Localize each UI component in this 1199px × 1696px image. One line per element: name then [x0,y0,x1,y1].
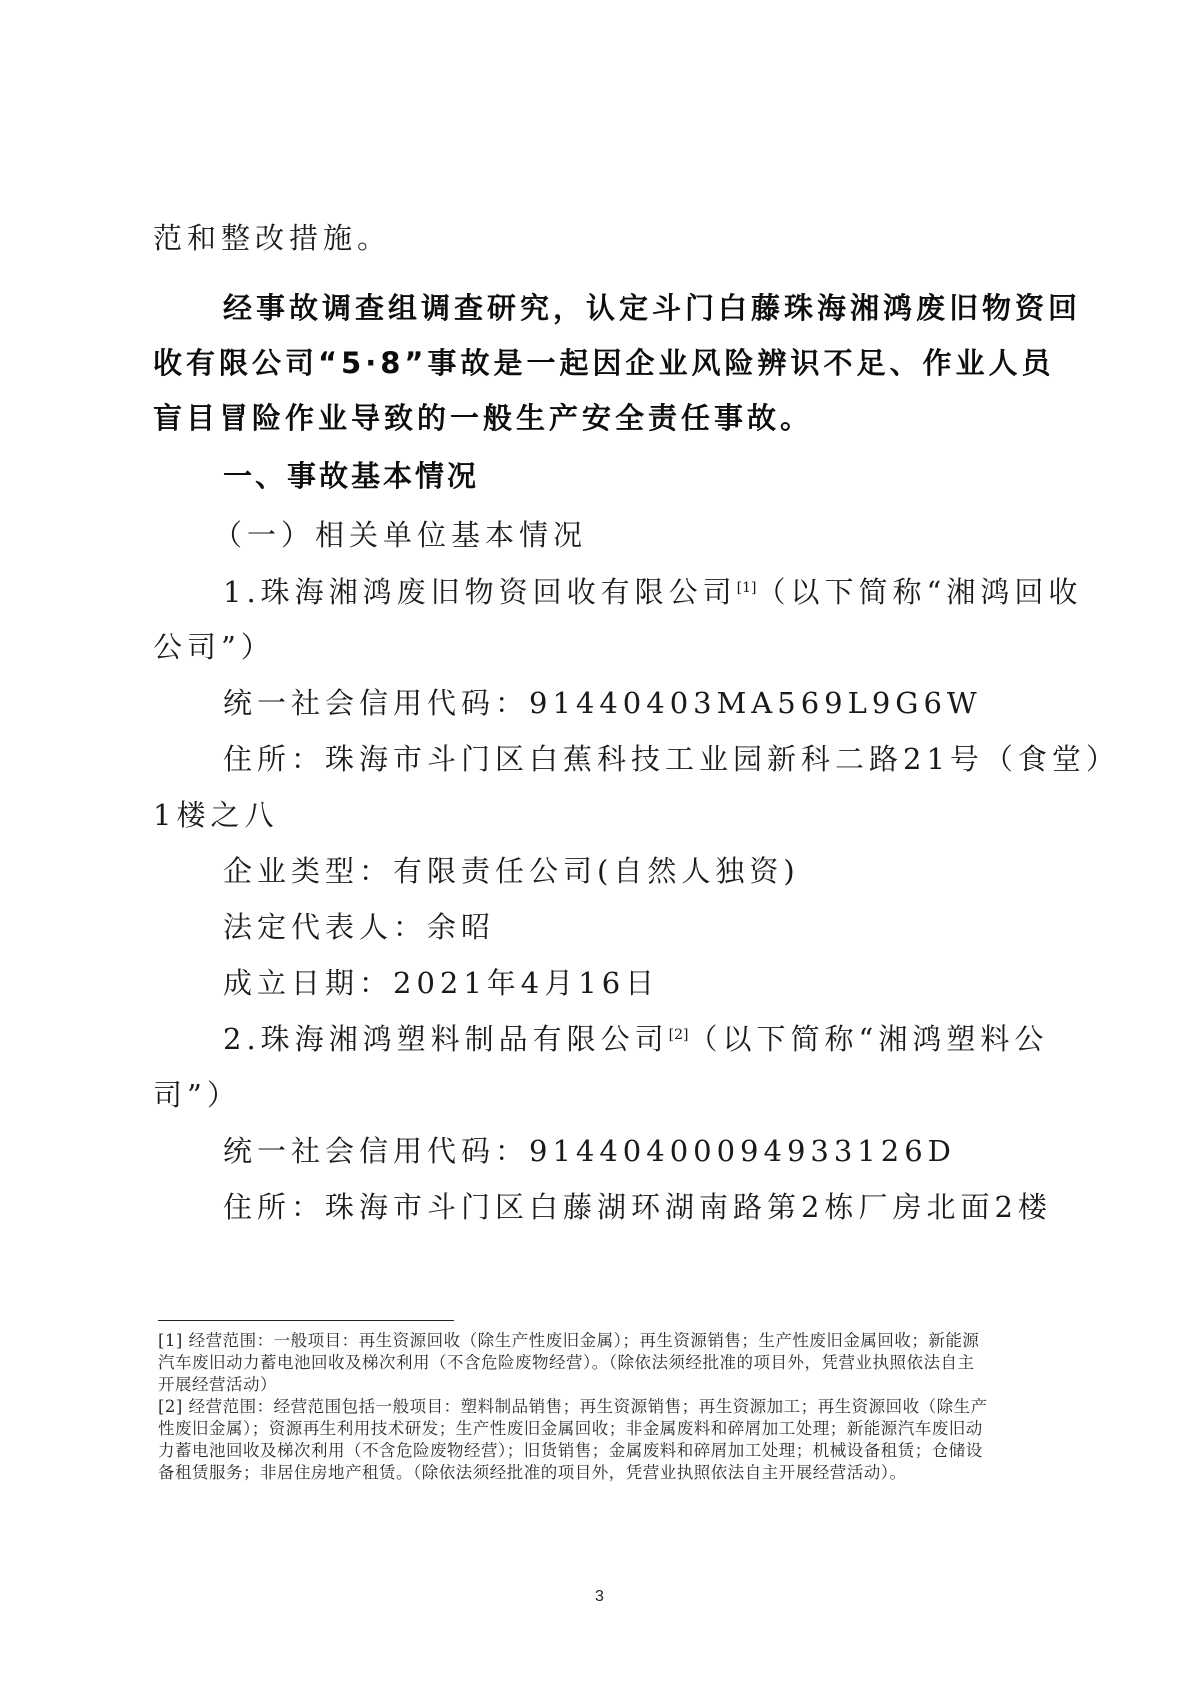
conclusion-line-1: 经事故调查组调查研究，认定斗门白藤珠海湘鸿废旧物资回 [223,288,1123,328]
conclusion-line-2: 收有限公司“5·8”事故是一起因企业风险辨识不足、作业人员 [153,343,1053,383]
conclusion-line-3: 盲目冒险作业导致的一般生产安全责任事故。 [153,398,1053,438]
company2-title: 2.珠海湘鸿塑料制品有限公司[2]（以下简称“湘鸿塑料公 [223,1019,1123,1059]
footnote-ref-1[interactable]: [1] [737,580,757,596]
footnote-2-line-1: [2] 经营范围：经营范围包括一般项目：塑料制品销售；再生资源销售；再生资源加工… [158,1396,1048,1418]
subsection-heading: （一）相关单位基本情况 [213,515,1113,555]
company2-title-prefix: 2.珠海湘鸿塑料制品有限公司 [223,1022,669,1056]
company1-title-prefix: 1.珠海湘鸿废旧物资回收有限公司 [223,575,737,609]
company1-address-line-1: 住所：珠海市斗门区白蕉科技工业园新科二路21号（食堂） [223,739,1123,779]
company1-type: 企业类型：有限责任公司(自然人独资) [223,851,1123,891]
company2-address-line-1: 住所：珠海市斗门区白藤湖环湖南路第2栋厂房北面2楼 [223,1187,1123,1227]
footnote-separator [158,1320,454,1321]
footnote-1-line-2: 汽车废旧动力蓄电池回收及梯次利用（不含危险废物经营）。（除依法须经批准的项目外，… [158,1352,1048,1374]
company1-address-line-2: 1楼之八 [153,795,1053,835]
section-heading: 一、事故基本情况 [223,456,1123,496]
footnote-2-line-3: 力蓄电池回收及梯次利用（不含危险废物经营）；旧货销售；金属废料和碎屑加工处理；机… [158,1440,1048,1462]
company2-credit-code: 统一社会信用代码：91440400094933126D [223,1131,1123,1171]
footnote-2-line-4: 备租赁服务；非居住房地产租赁。（除依法须经批准的项目外，凭营业执照依法自主开展经… [158,1462,1048,1484]
company2-title-line-2: 司”） [153,1075,1053,1115]
footnote-2-line-2: 性废旧金属）；资源再生利用技术研发；生产性废旧金属回收；非金属废料和碎屑加工处理… [158,1418,1048,1440]
footnote-1-line-1: [1] 经营范围：一般项目：再生资源回收（除生产性废旧金属）；再生资源销售；生产… [158,1330,1048,1352]
page-number: 3 [0,1588,1199,1606]
company1-established-date: 成立日期：2021年4月16日 [223,963,1123,1003]
footnote-2: [2] 经营范围：经营范围包括一般项目：塑料制品销售；再生资源销售；再生资源加工… [158,1396,1048,1484]
company1-legal-representative: 法定代表人：余昭 [223,907,1123,947]
footnote-1: [1] 经营范围：一般项目：再生资源回收（除生产性废旧金属）；再生资源销售；生产… [158,1330,1048,1396]
company1-title-suffix: （以下简称“湘鸿回收 [757,575,1083,609]
document-page: 范和整改措施。 经事故调查组调查研究，认定斗门白藤珠海湘鸿废旧物资回 收有限公司… [0,0,1199,1696]
company1-credit-code: 统一社会信用代码：91440403MA569L9G6W [223,683,1123,723]
footnote-ref-2[interactable]: [2] [669,1027,689,1043]
paragraph-continuation: 范和整改措施。 [153,218,1053,258]
company1-title-line-2: 公司”） [153,627,1053,667]
company2-title-suffix: （以下简称“湘鸿塑料公 [689,1022,1049,1056]
company1-title: 1.珠海湘鸿废旧物资回收有限公司[1]（以下简称“湘鸿回收 [223,572,1123,612]
footnote-1-line-3: 开展经营活动） [158,1374,1048,1396]
